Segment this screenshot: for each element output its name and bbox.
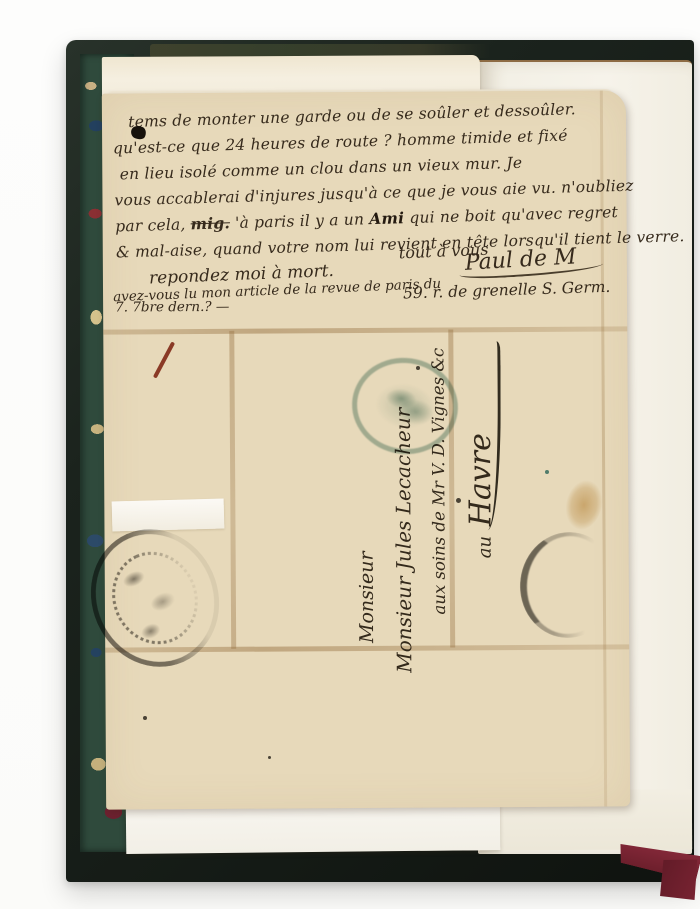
destination-city: Havre [462, 341, 501, 530]
emphasized-word: Ami [369, 208, 404, 228]
postmark-inner-ring [98, 538, 213, 658]
bookmark-ribbon [610, 840, 700, 906]
letter-text-block: tems de monter une garde ou de se soûler… [112, 95, 622, 266]
address-line: au Havre [454, 336, 511, 558]
address-line-fragment: au [474, 530, 495, 558]
letter-line-fragment: 'à paris il y a un [230, 210, 370, 232]
letter-sheet: tems de monter une garde ou de se soûler… [102, 90, 630, 809]
letter-line-fragment: par cela, [115, 215, 191, 235]
ink-speck [143, 716, 147, 720]
ink-speck [545, 470, 549, 474]
postscript-line: 7. 7bre dern.? — [115, 299, 229, 316]
repair-tape [112, 499, 225, 532]
horizontal-fold-upper [103, 326, 627, 334]
ink-speck [456, 498, 461, 503]
ink-speck [268, 756, 271, 759]
ink-speck [416, 366, 420, 370]
struck-word: mig. [190, 213, 230, 233]
letter-line-fragment: qui ne boit qu'avec regret [404, 203, 618, 227]
vertical-fold-left [229, 331, 236, 649]
